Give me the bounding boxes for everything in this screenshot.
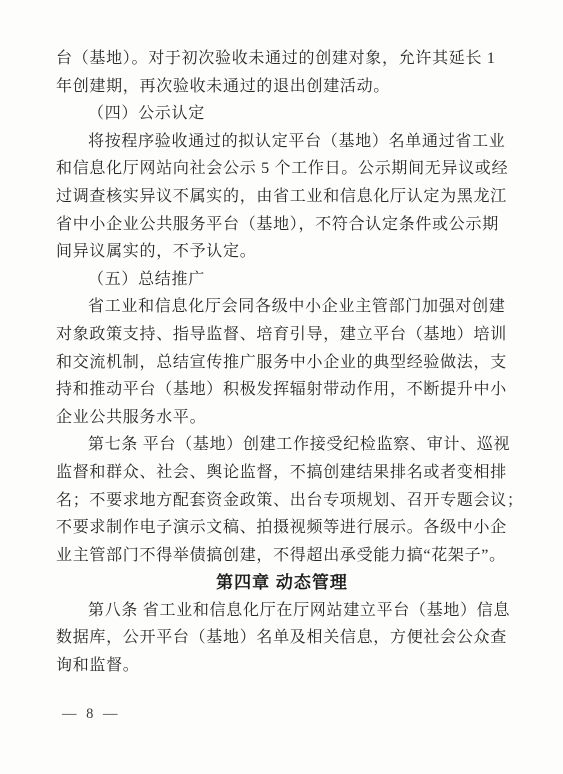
text-line: 第八条 省工业和信息化厅在厅网站建立平台（基地）信息 <box>56 597 508 625</box>
text-line: 过调查核实异议不属实的，由省工业和信息化厅认定为黑龙江 <box>56 183 508 211</box>
text-line: （五）总结推广 <box>56 266 508 294</box>
text-line: 间异议属实的，不予认定。 <box>56 238 508 266</box>
chapter-heading: 第四章 动态管理 <box>56 569 508 597</box>
text-line: 名；不要求地方配套资金政策、出台专项规划、召开专题会议； <box>56 487 508 515</box>
text-line: 询和监督。 <box>56 652 508 680</box>
text-line: 和信息化厅网站向社会公示 5 个工作日。公示期间无异议或经 <box>56 155 508 183</box>
text-line: 和交流机制，总结宣传推广服务中小企业的典型经验做法，支 <box>56 349 508 377</box>
text-line: 持和推动平台（基地）积极发挥辐射带动作用，不断提升中小 <box>56 376 508 404</box>
page-number: — 8 — <box>62 706 121 723</box>
text-line: 不要求制作电子演示文稿、拍摄视频等进行展示。各级中小企 <box>56 514 508 542</box>
text-line: 业主管部门不得举债搞创建，不得超出承受能力搞“花架子”。 <box>56 542 508 570</box>
text-line: 台（基地）。对于初次验收未通过的创建对象，允许其延长 1 <box>56 45 508 73</box>
text-line: 数据库，公开平台（基地）名单及相关信息，方便社会公众查 <box>56 624 508 652</box>
document-page: 台（基地）。对于初次验收未通过的创建对象，允许其延长 1年创建期，再次验收未通过… <box>0 0 563 774</box>
text-line: 对象政策支持、指导监督、培育引导，建立平台（基地）培训 <box>56 321 508 349</box>
text-line: 省工业和信息化厅会同各级中小企业主管部门加强对创建 <box>56 293 508 321</box>
text-line: （四）公示认定 <box>56 100 508 128</box>
document-body: 台（基地）。对于初次验收未通过的创建对象，允许其延长 1年创建期，再次验收未通过… <box>56 45 508 680</box>
text-line: 年创建期，再次验收未通过的退出创建活动。 <box>56 73 508 101</box>
text-line: 企业公共服务水平。 <box>56 404 508 432</box>
text-line: 省中小企业公共服务平台（基地），不符合认定条件或公示期 <box>56 211 508 239</box>
text-line: 监督和群众、社会、舆论监督，不搞创建结果排名或者变相排 <box>56 459 508 487</box>
text-line: 第七条 平台（基地）创建工作接受纪检监察、审计、巡视 <box>56 431 508 459</box>
text-line: 将按程序验收通过的拟认定平台（基地）名单通过省工业 <box>56 128 508 156</box>
